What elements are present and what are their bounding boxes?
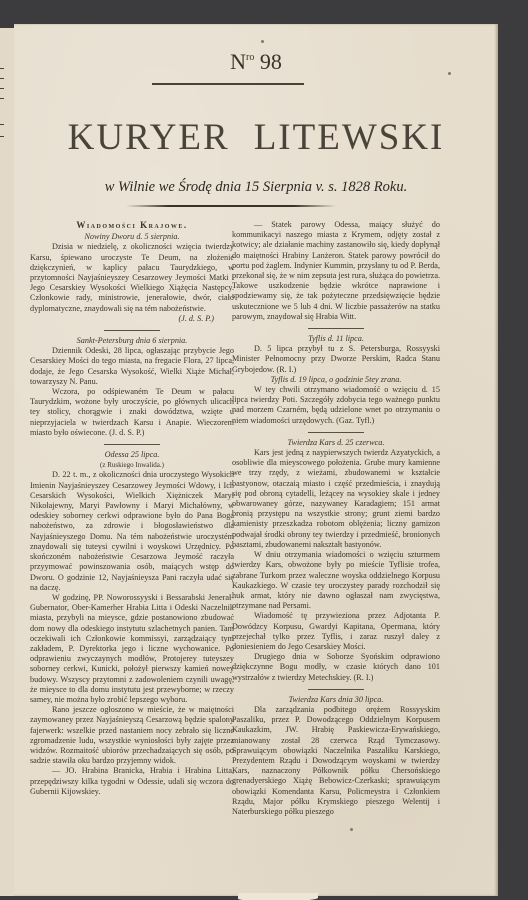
torn-paper-edge xyxy=(238,893,318,900)
dateline: w Wilnie we Środę dnia 15 Sierpnia v. s.… xyxy=(14,179,498,196)
article-paragraph: W tey chwili otrzymano wiadomość o wzięc… xyxy=(232,385,440,426)
article-paragraph: Wiadomość tę przywieziona przez Adjotant… xyxy=(232,611,440,652)
article-heading: Twierdza Kars d. 25 czerwca. xyxy=(232,438,440,448)
article-paragraph: Drugiego dnia w Soborze Syońskim odprawi… xyxy=(232,652,440,683)
article-paragraph: D. 22 t. m., z okoliczności dnia uroczys… xyxy=(30,470,234,592)
paper-stain xyxy=(350,828,353,831)
article-heading: Tyflis d. 11 lipca. xyxy=(232,334,440,344)
issue-number: Nro 98 xyxy=(14,49,498,75)
article-paragraph: Dla zarządzania podbitego orężem Rossyys… xyxy=(232,705,440,817)
article-paragraph: Rano jeszcze ogłoszono w mieście, że w m… xyxy=(30,705,234,766)
article-separator xyxy=(104,330,160,331)
article-heading: Sankt-Petersburg dnia 6 sierpnia. xyxy=(30,336,234,346)
article-separator xyxy=(308,689,364,690)
divider-rule xyxy=(152,83,304,85)
adjacent-page-edge xyxy=(0,28,15,896)
article-heading: Odessa 25 lipca. xyxy=(30,450,234,460)
newspaper-page: Nro 98 KURYERLITEWSKI w Wilnie we Środę … xyxy=(14,24,498,896)
issue-number-value: 98 xyxy=(260,49,282,74)
article-paragraph: Kars jest jedną z naypierwszych twierdz … xyxy=(232,448,440,550)
article-paragraph: Wczora, po odśpiewaném Te Deum w pałacu … xyxy=(30,387,234,438)
article-paragraph: — Statek parowy Odessa, maiący służyć do… xyxy=(232,220,440,322)
article-heading: Twierdza Kars dnia 30 lipca. xyxy=(232,695,440,705)
article-paragraph: — JO. Hrabina Branicka, Hrabia i Hrabina… xyxy=(30,766,234,797)
masthead: KURYERLITEWSKI xyxy=(14,116,498,159)
article-paragraph: Dziennik Odeski, 28 lipca, ogłaszając pr… xyxy=(30,346,234,387)
masthead-word-litewski: LITEWSKI xyxy=(254,117,445,158)
article-body: Dzisia w niedzielę, z okoliczności wzięc… xyxy=(30,242,234,313)
article-heading: Tyflis d. 19 lipca, o godzinie 5tey zran… xyxy=(232,375,440,385)
divider-rule xyxy=(126,205,336,207)
article-separator xyxy=(308,328,364,329)
right-column: — Statek parowy Odessa, maiący służyć do… xyxy=(232,220,440,817)
masthead-word-kuryer: KURYER xyxy=(68,117,230,158)
article-paragraph: W dniu otrzymania wiadomości o wzięciu s… xyxy=(232,550,440,611)
issue-suffix: ro xyxy=(246,52,254,63)
article-heading: Nowiny Dworu d. 5 sierpnia. xyxy=(30,232,234,242)
section-title: Wiadomości Krajowe. xyxy=(30,220,234,230)
article-separator xyxy=(308,432,364,433)
left-column: Wiadomości Krajowe. Nowiny Dworu d. 5 si… xyxy=(30,220,234,797)
article-source: (J. d. S. P.) xyxy=(30,314,234,324)
article-separator xyxy=(104,444,160,445)
article-subheading: (z Ruskiego Inwalida.) xyxy=(30,460,234,470)
issue-prefix: N xyxy=(230,49,246,74)
article-paragraph: D. 5 lipca przybył tu z S. Petersburga, … xyxy=(232,344,440,375)
paper-stain xyxy=(261,40,264,43)
article-paragraph: W godzinę, PP. Noworossyyski i Bessarabs… xyxy=(30,593,234,705)
